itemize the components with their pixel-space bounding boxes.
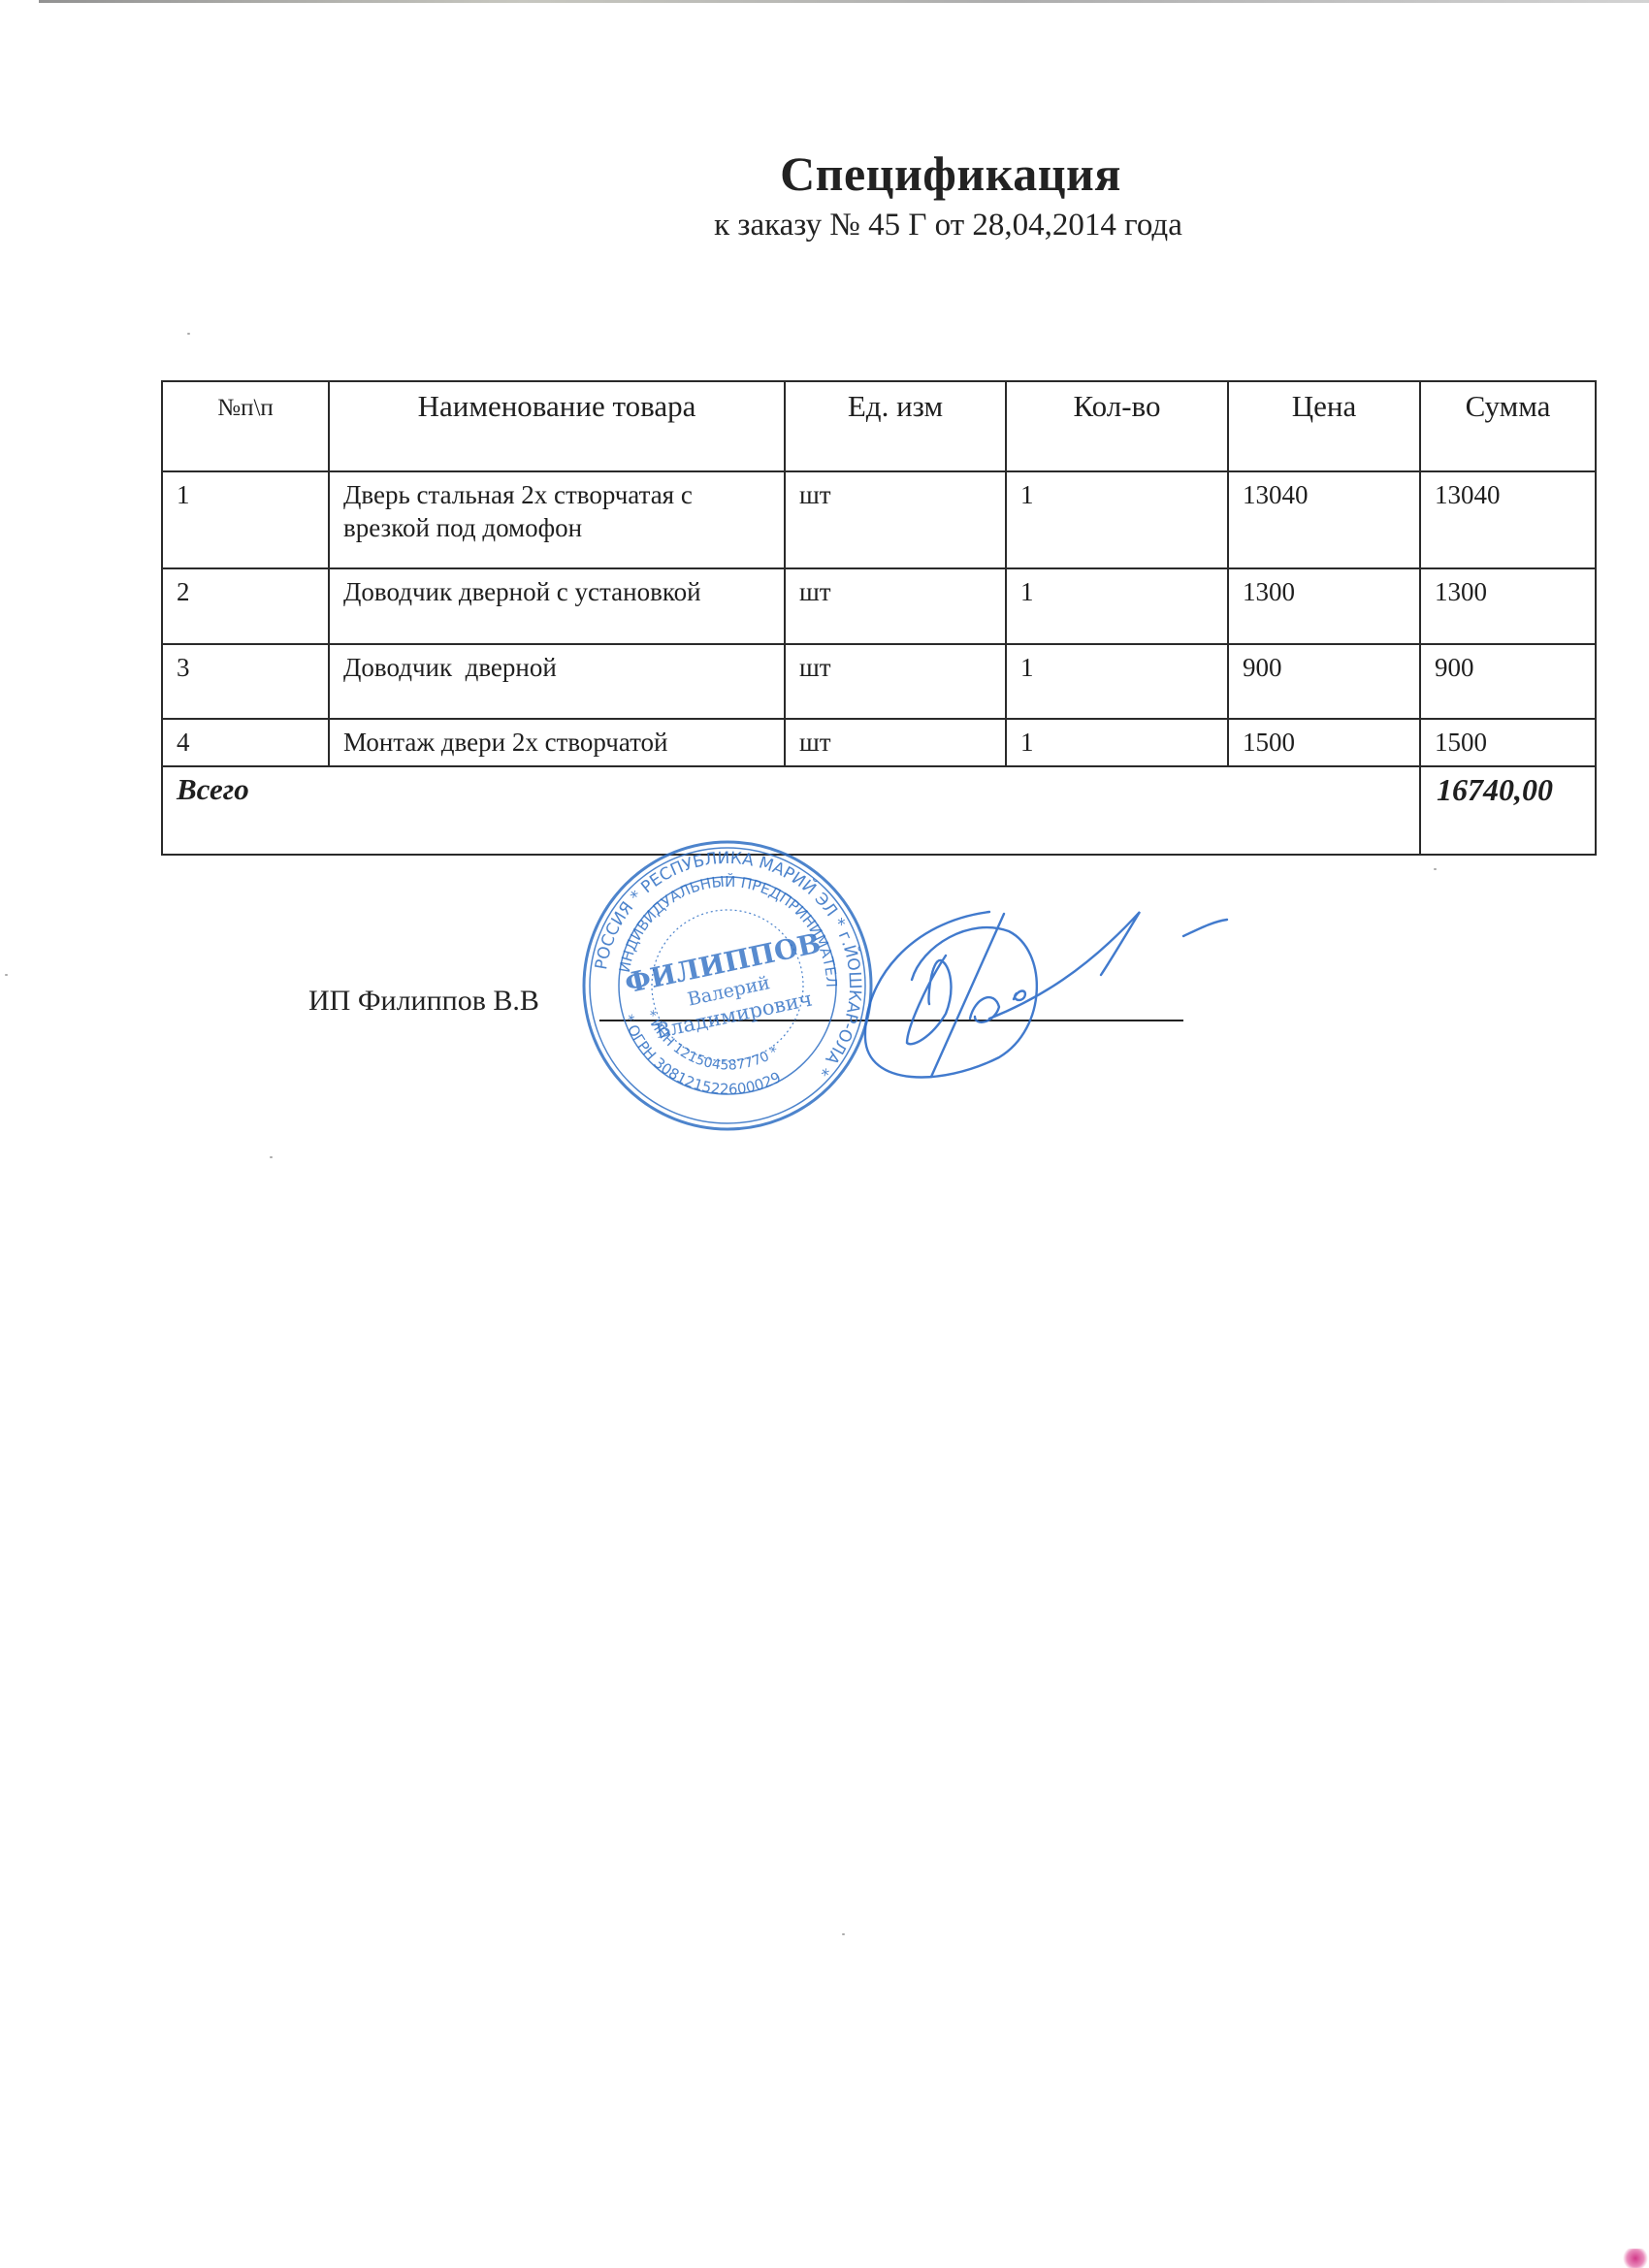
ink-smudge (1622, 2249, 1649, 2268)
cell-quantity: 1 (1006, 471, 1228, 568)
header-name: Наименование товара (329, 381, 785, 471)
cell-number: 2 (162, 568, 329, 644)
cell-name: Доводчик дверной (329, 644, 785, 719)
cell-unit: шт (785, 719, 1006, 766)
document-title: Спецификация (0, 146, 1649, 202)
handwritten-signature-icon (854, 892, 1261, 1106)
header-number: №п\п (162, 381, 329, 471)
cell-sum: 1500 (1420, 719, 1596, 766)
scan-speck (1434, 868, 1437, 870)
cell-price: 13040 (1228, 471, 1420, 568)
table-row: 3 Доводчик дверной шт 1 900 900 (162, 644, 1596, 719)
total-row: Всего 16740,00 (162, 766, 1596, 855)
signer-name: ИП Филиппов В.В (308, 985, 539, 1018)
total-value: 16740,00 (1420, 766, 1596, 855)
scan-speck (842, 1933, 845, 1935)
cell-quantity: 1 (1006, 644, 1228, 719)
header-quantity: Кол-во (1006, 381, 1228, 471)
company-stamp-icon: РОССИЯ * РЕСПУБЛИКА МАРИЙ ЭЛ * г.ЙОШКАР-… (580, 838, 875, 1133)
cell-sum: 13040 (1420, 471, 1596, 568)
scan-speck (187, 333, 190, 335)
document-subtitle: к заказу № 45 Г от 28,04,2014 года (0, 208, 1649, 243)
scan-edge (39, 0, 1649, 3)
cell-quantity: 1 (1006, 568, 1228, 644)
header-sum: Сумма (1420, 381, 1596, 471)
cell-name: Монтаж двери 2х створчатой (329, 719, 785, 766)
cell-sum: 1300 (1420, 568, 1596, 644)
specification-table: №п\п Наименование товара Ед. изм Кол-во … (161, 380, 1597, 856)
cell-price: 1500 (1228, 719, 1420, 766)
cell-number: 3 (162, 644, 329, 719)
cell-sum: 900 (1420, 644, 1596, 719)
cell-unit: шт (785, 644, 1006, 719)
cell-price: 900 (1228, 644, 1420, 719)
cell-quantity: 1 (1006, 719, 1228, 766)
cell-number: 1 (162, 471, 329, 568)
header-price: Цена (1228, 381, 1420, 471)
cell-name: Доводчик дверной с установкой (329, 568, 785, 644)
table-row: 1 Дверь стальная 2х створчатая с врезкой… (162, 471, 1596, 568)
cell-unit: шт (785, 471, 1006, 568)
cell-name: Дверь стальная 2х створчатая с врезкой п… (329, 471, 785, 568)
table-row: 4 Монтаж двери 2х створчатой шт 1 1500 1… (162, 719, 1596, 766)
cell-number: 4 (162, 719, 329, 766)
table-row: 2 Доводчик дверной с установкой шт 1 130… (162, 568, 1596, 644)
header-unit: Ед. изм (785, 381, 1006, 471)
cell-unit: шт (785, 568, 1006, 644)
cell-price: 1300 (1228, 568, 1420, 644)
scan-speck (5, 974, 8, 976)
table-header-row: №п\п Наименование товара Ед. изм Кол-во … (162, 381, 1596, 471)
scan-speck (270, 1156, 273, 1158)
